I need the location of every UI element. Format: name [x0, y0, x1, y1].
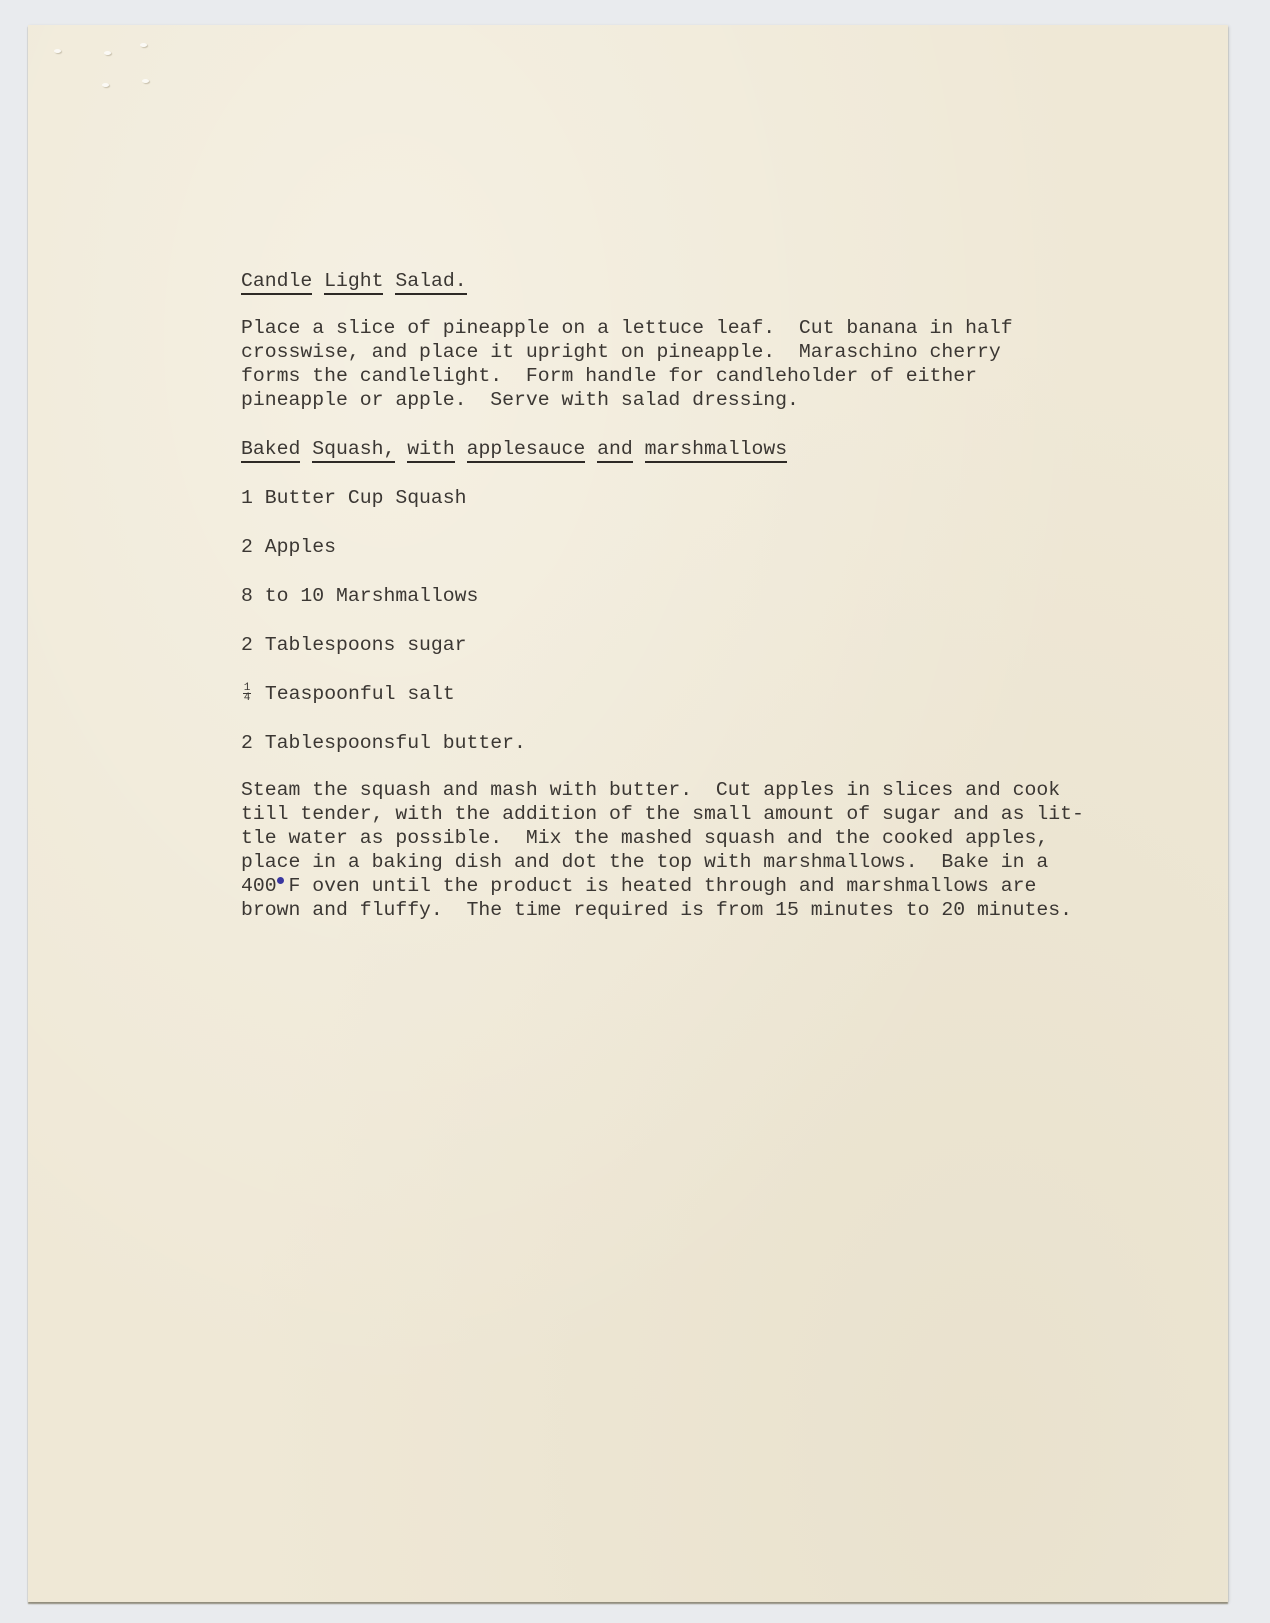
title-word: Light [324, 270, 383, 295]
title-word: Baked [241, 438, 300, 463]
instruction-line: 400 F oven until the product is heated t… [241, 874, 1084, 898]
instruction-line: forms the candlelight. Form handle for c… [241, 364, 1013, 388]
recipe-title-baked-squash: Baked Squash, with applesauce and marshm… [241, 437, 787, 461]
dent-mark [104, 51, 111, 55]
title-word: Salad. [395, 270, 466, 295]
title-word: and [597, 438, 633, 463]
ingredient-item: 8 to 10 Marshmallows [241, 584, 478, 608]
recipe-instructions-candle-light-salad: Place a slice of pineapple on a lettuce … [241, 316, 1013, 412]
ingredient-item: 2 Tablespoons sugar [241, 633, 467, 657]
dent-mark [140, 43, 147, 47]
instruction-line: Place a slice of pineapple on a lettuce … [241, 316, 1013, 340]
fraction-denominator: 4 [241, 694, 253, 703]
recipe-instructions-baked-squash: Steam the squash and mash with butter. C… [241, 778, 1084, 922]
instruction-line: Steam the squash and mash with butter. C… [241, 778, 1084, 802]
instruction-line: pineapple or apple. Serve with salad dre… [241, 388, 1013, 412]
ingredient-item: 2 Apples [241, 535, 336, 559]
title-word: applesauce [467, 438, 586, 463]
title-word: Squash, [312, 438, 395, 463]
handwritten-degree-mark [277, 877, 284, 884]
title-word: Candle [241, 270, 312, 295]
dent-mark [142, 79, 149, 83]
dent-mark [102, 83, 109, 87]
instruction-line: brown and fluffy. The time required is f… [241, 898, 1084, 922]
instruction-line: tle water as possible. Mix the mashed sq… [241, 826, 1084, 850]
ingredient-item: 1 Butter Cup Squash [241, 486, 467, 510]
instruction-line: till tender, with the addition of the sm… [241, 802, 1084, 826]
typewritten-page: Candle Light Salad. Place a slice of pin… [28, 25, 1228, 1602]
fraction-quarter: 14 [241, 684, 253, 703]
title-word: with [407, 438, 454, 463]
instruction-line: place in a baking dish and dot the top w… [241, 850, 1084, 874]
recipe-title-candle-light-salad: Candle Light Salad. [241, 269, 467, 293]
instruction-line: crosswise, and place it upright on pinea… [241, 340, 1013, 364]
title-word: marshmallows [645, 438, 787, 463]
ingredient-item-salt: 14 Teaspoonful salt [241, 682, 455, 706]
paper-dents [50, 39, 170, 99]
dent-mark [54, 49, 61, 53]
ingredient-item: 2 Tablespoonsful butter. [241, 731, 526, 755]
salt-label: Teaspoonful salt [253, 683, 455, 705]
